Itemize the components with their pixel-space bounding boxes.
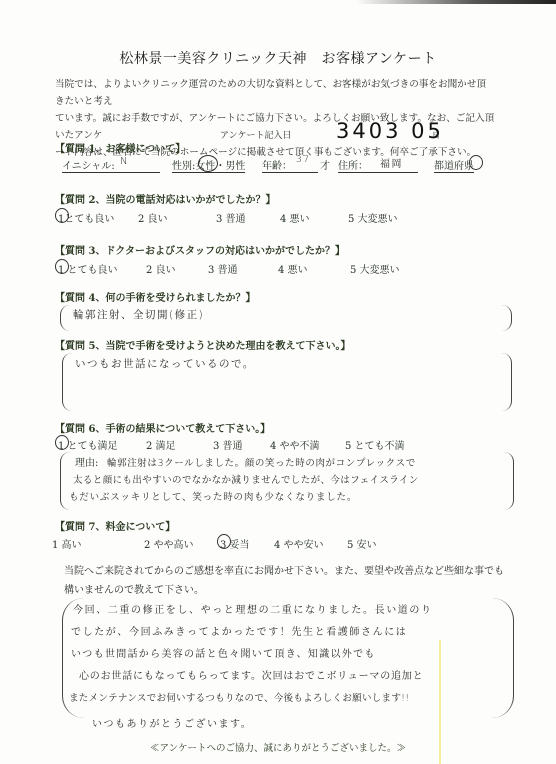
q7-option-4[interactable]: 4 やや安い bbox=[274, 536, 324, 551]
feedback-prompt-line: 当院へご来院されてからのご感想を率直にお聞かせ下さい。また、要望や改善点など些細… bbox=[64, 562, 504, 581]
intro-line: 当院では、よりよいクリニック運営のための大切な資料として、お客様がお気づきの事を… bbox=[55, 76, 495, 110]
q3-option-2[interactable]: 2 良い bbox=[146, 261, 176, 276]
feedback-line: いつも世間話から美容の話と色々聞いて頂き、知識以外でも bbox=[71, 646, 376, 663]
prefecture-selected-circle bbox=[469, 155, 483, 170]
q7-option-1[interactable]: 1 高い bbox=[52, 536, 82, 551]
q6-reason-label: 理由: bbox=[75, 455, 98, 472]
q6-option-5[interactable]: 5 とても不満 bbox=[345, 437, 405, 452]
gender-option-male[interactable]: 男性 bbox=[225, 161, 245, 172]
q6-option-1[interactable]: 1 とても満足 bbox=[58, 437, 118, 452]
survey-date-value[interactable]: 3403 05 bbox=[336, 119, 444, 143]
address-label: 住所： bbox=[338, 161, 368, 172]
address-field[interactable]: 住所： 福岡 bbox=[338, 157, 418, 173]
q2-title: 【質問 2、当院の電話対応はいかがでしたか？】 bbox=[55, 191, 275, 206]
age-value: 37 bbox=[296, 155, 310, 165]
q2-option-2[interactable]: 2 良い bbox=[138, 210, 168, 225]
q3-option-5[interactable]: 5 大変悪い bbox=[350, 261, 400, 276]
feedback-line: 心のお世話にもなってもらってます。次回はおでこボリューマの追加と bbox=[79, 668, 423, 685]
feedback-line: いつもありがとうございます。 bbox=[92, 716, 252, 733]
feedback-line: 今回、二重の修正をし、やっと理想の二重になりました。長い道のり bbox=[73, 602, 433, 619]
q2-options: 1とても良い 2 良い 3 普通 4 悪い 5 大変悪い bbox=[58, 210, 498, 224]
q1-title: 【質問 1、お客様について】 bbox=[55, 140, 185, 155]
q3-option-4[interactable]: 4 悪い bbox=[278, 261, 308, 276]
q6-option-2[interactable]: 2 満足 bbox=[146, 437, 176, 452]
scan-edge-shadow bbox=[356, 0, 556, 4]
q1-customer-info: イニシャル: N 性別:女性・男性 年齢： 37 才 住所： 福岡 都道府県 bbox=[62, 157, 522, 173]
highlighter-mark bbox=[439, 640, 441, 764]
age-label: 年齢： bbox=[262, 161, 292, 172]
document-title: 松林景一美容クリニック天神 お客様アンケート bbox=[0, 48, 556, 68]
address-value: 福岡 bbox=[380, 155, 403, 170]
q6-option-3[interactable]: 3 普通 bbox=[213, 437, 243, 452]
feedback-prompt: 当院へご来院されてからのご感想を率直にお聞かせ下さい。また、要望や改善点など些細… bbox=[64, 562, 504, 600]
q7-option-2[interactable]: 2 やや高い bbox=[144, 536, 194, 551]
q3-title: 【質問 3、ドクターおよびスタッフの対応はいかがでしたか？】 bbox=[55, 242, 345, 257]
q3-options: 1 とても良い 2 良い 3 普通 4 悪い 5 大変悪い bbox=[58, 261, 498, 275]
q6-reason-line: 輪郭注射は3クールしました。顔の笑った時の肉がコンプレックスで bbox=[107, 455, 416, 472]
age-suffix: 才 bbox=[320, 157, 330, 172]
gender-label: 性別: bbox=[172, 161, 195, 172]
q3-option-1[interactable]: 1 とても良い bbox=[58, 261, 118, 276]
q2-option-5[interactable]: 5 大変悪い bbox=[348, 210, 398, 225]
q7-option-3[interactable]: 3 妥当 bbox=[220, 536, 250, 551]
q2-option-3[interactable]: 3 普通 bbox=[216, 210, 246, 225]
feedback-answer-box[interactable]: 今回、二重の修正をし、やっと理想の二重になりました。長い道のり でしたが、今回ふ… bbox=[62, 598, 514, 718]
q2-option-1[interactable]: 1とても良い bbox=[58, 210, 114, 225]
q7-options: 1 高い 2 やや高い 3 妥当 4 やや安い 5 安い bbox=[52, 536, 492, 550]
q3-option-3[interactable]: 3 普通 bbox=[208, 261, 238, 276]
q6-options: 1 とても満足 2 満足 3 普通 4 やや不満 5 とても不満 bbox=[58, 437, 498, 451]
address-suffix: 都道府県 bbox=[434, 157, 474, 173]
survey-date-label: アンケート記入日 bbox=[220, 128, 291, 141]
q6-reason-line: 太ると顔にも出やすいのでなかなか減りませんでしたが、今はフェイスライン bbox=[73, 472, 419, 489]
q7-option-5[interactable]: 5 安い bbox=[347, 536, 377, 551]
closing-message: ≪アンケートへのご協力、誠にありがとうございました。≫ bbox=[0, 740, 556, 754]
survey-date-suffix: 日 bbox=[432, 130, 440, 141]
q4-answer: 輪郭注射、全切開(修正) bbox=[73, 307, 204, 324]
initial-label: イニシャル: bbox=[62, 161, 115, 172]
q6-title: 【質問 6、手術の結果について教えて下さい。】 bbox=[55, 420, 270, 435]
q5-answer-box[interactable]: いつもお世話になっているので。 bbox=[62, 353, 512, 411]
feedback-line: でしたが、今回ふみきってよかったです！先生と看護師さんには bbox=[71, 624, 407, 641]
q6-option-4[interactable]: 4 やや不満 bbox=[270, 437, 320, 452]
age-field[interactable]: 年齢： 37 bbox=[262, 157, 318, 173]
q6-reason-line: もだいぶスッキリとして、笑った時の肉も少なくなりました。 bbox=[69, 489, 357, 506]
feedback-line: またメンテナンスでお伺いするつもりなので、今後もよろしくお願いします!! bbox=[69, 690, 409, 707]
q5-answer: いつもお世話になっているので。 bbox=[75, 356, 255, 373]
q6-reason-box[interactable]: 理由: 輪郭注射は3クールしました。顔の笑った時の肉がコンプレックスで 太ると顔… bbox=[60, 452, 514, 510]
q7-title: 【質問 7、料金について】 bbox=[55, 518, 175, 533]
q2-option-4[interactable]: 4 悪い bbox=[280, 210, 310, 225]
q5-title: 【質問 5、当院で手術を受けようと決めた理由を教えて下さい。】 bbox=[55, 337, 350, 352]
q4-title: 【質問 4、何の手術を受けられましたか？】 bbox=[55, 289, 255, 304]
gender-selected-circle bbox=[198, 155, 218, 172]
initial-field[interactable]: イニシャル: N bbox=[62, 157, 160, 173]
q4-answer-box[interactable]: 輪郭注射、全切開(修正) bbox=[60, 305, 512, 331]
initial-value: N bbox=[120, 156, 129, 167]
